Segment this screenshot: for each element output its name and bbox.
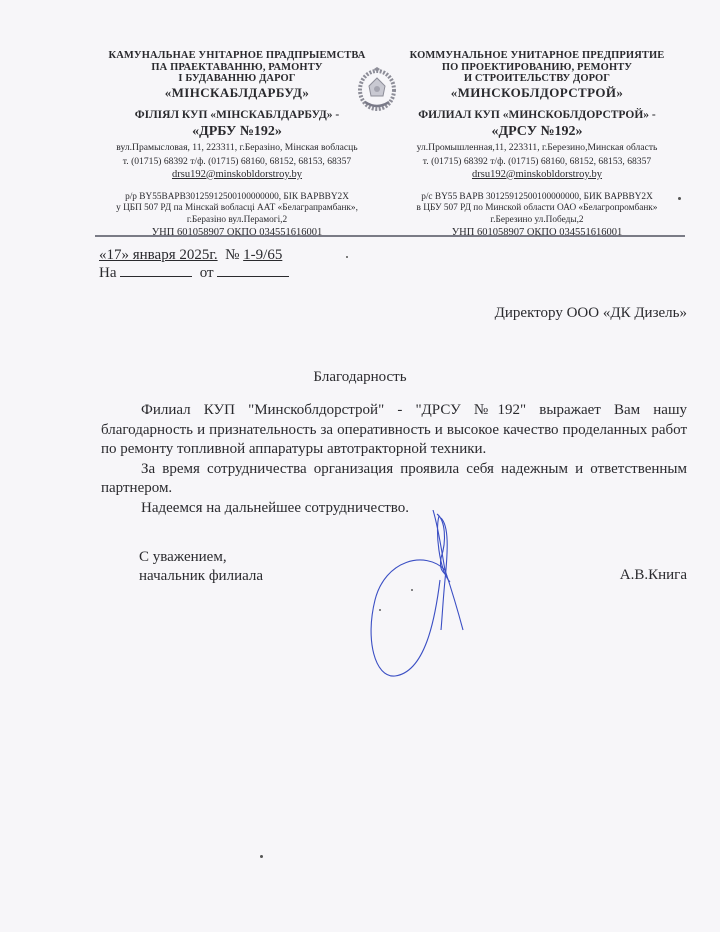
org-line: І БУДАВАННЮ ДАРОГ [92,73,382,85]
reply-to-blank [120,264,192,277]
address: вул.Прамысловая, 11, 223311, г.Беразіно,… [92,142,382,153]
org-line: ПА ПРАЕКТАВАННЮ, РАМОНТУ [92,62,382,74]
scan-speck [346,256,348,258]
reference-line: «17» января 2025г. № 1-9/65 [99,247,289,264]
body-paragraph: Филиал КУП "Минскоблдорстрой" - "ДРСУ №1… [101,401,687,460]
reply-line: На от [99,264,289,282]
org-line: КОММУНАЛЬНОЕ УНИТАРНОЕ ПРЕДПРИЯТИЕ [384,50,690,62]
org-name: «МИНСКОБЛДОРСТРОЙ» [384,86,690,100]
org-name: «МІНСКАБЛДАРБУД» [92,86,382,100]
branch-line: ФИЛИАЛ КУП «МИНСКОБЛДОРСТРОЙ» - [384,109,690,122]
branch-code: «ДРБУ №192» [92,124,382,139]
signer-name: А.В.Книга [620,567,687,584]
closing-block: С уважением, начальник филиала [139,548,263,586]
branch-line: ФІЛІЯЛ КУП «МІНСКАБЛДАРБУД» - [92,109,382,122]
letter-body: Филиал КУП "Минскоблдорстрой" - "ДРСУ №1… [101,401,687,518]
signer-position: начальник филиала [139,567,263,586]
from-blank [217,264,289,277]
reply-to-label: На [99,265,117,281]
email-link[interactable]: drsu192@minskobldorstroy.by [92,169,382,181]
bank-details: р/р BY55BAPB30125912500100000000, БІК BA… [92,192,382,226]
letter-number: 1-9/65 [243,247,282,263]
bank-name: в ЦБУ 507 РД по Минской области ОАО «Бел… [384,203,690,214]
addressee: Директору ООО «ДК Дизель» [495,305,687,322]
bank-address: г.Беразіно вул.Перамогі,2 [92,215,382,226]
body-paragraph: За время сотрудничества организация проя… [101,460,687,499]
bank-account: р/р BY55BAPB30125912500100000000, БІК BA… [92,192,382,203]
phones: т. (01715) 68392 т/ф. (01715) 68160, 681… [92,156,382,167]
bank-address: г.Березино ул.Победы,2 [384,215,690,226]
from-label: от [200,265,214,281]
reference-block: «17» января 2025г. № 1-9/65 На от [99,247,289,282]
branch-code: «ДРСУ №192» [384,124,690,139]
phones: т. (01715) 68392 т/ф. (01715) 68160, 681… [384,156,690,167]
letter-title: Благодарность [0,369,720,386]
scan-speck [260,855,263,858]
org-line: КАМУНАЛЬНАЕ УНІТАРНОЕ ПРАДПРЫЕМСТВА [92,50,382,62]
bank-name: у ЦБП 507 РД па Мінскай вобласці ААТ «Бе… [92,203,382,214]
scan-speck [678,197,681,200]
header-right-russian: КОММУНАЛЬНОЕ УНИТАРНОЕ ПРЕДПРИЯТИЕ ПО ПР… [384,50,690,239]
address: ул.Промышленная,11, 223311, г.Березино,М… [384,142,690,153]
header-left-belarusian: КАМУНАЛЬНАЕ УНІТАРНОЕ ПРАДПРЫЕМСТВА ПА П… [92,50,382,239]
bank-account: р/с BY55 BAPB 30125912500100000000, БИК … [384,192,690,203]
letter-date: «17» января 2025г. [99,247,218,263]
regards: С уважением, [139,548,263,567]
org-line: ПО ПРОЕКТИРОВАНИЮ, РЕМОНТУ [384,62,690,74]
letter-page: КАМУНАЛЬНАЕ УНІТАРНОЕ ПРАДПРЫЕМСТВА ПА П… [0,0,720,932]
email-link[interactable]: drsu192@minskobldorstroy.by [384,169,690,181]
org-line: И СТРОИТЕЛЬСТВУ ДОРОГ [384,73,690,85]
bank-details: р/с BY55 BAPB 30125912500100000000, БИК … [384,192,690,226]
number-label: № [225,247,239,263]
handwritten-signature [355,510,475,680]
header-divider [95,235,685,237]
